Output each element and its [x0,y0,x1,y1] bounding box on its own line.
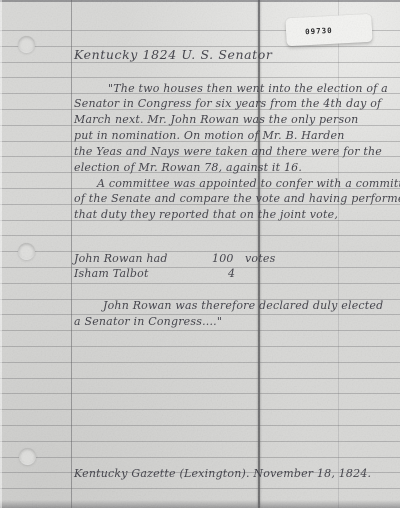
ruled-line [0,77,400,78]
paragraph2-line3: that duty they reported that on the join… [74,209,338,220]
source-citation: Kentucky Gazette (Lexington). November 1… [74,468,371,479]
ruled-line [0,488,400,489]
ruled-line [0,283,400,284]
punch-hole-bottom [19,448,36,465]
paragraph2-line2: of the Senate and compare the vote and h… [74,193,400,204]
ruled-line [0,393,400,394]
scan-bottom-edge [0,500,400,508]
document-title: Kentucky 1824 U. S. Senator [74,49,273,62]
tally-row1-votes: 100 [212,253,234,264]
paragraph2-line1: A committee was appointed to confer with… [97,178,400,189]
archive-label-number: 09730 [286,25,333,36]
ruled-line [0,457,400,458]
scan-top-edge [0,0,400,2]
punch-hole-top [18,36,35,53]
ruled-line [0,409,400,410]
paragraph3-line1: John Rowan was therefore declared duly e… [103,300,383,311]
paper-grain-texture [0,0,400,508]
tally-row1-unit: votes [245,253,275,264]
paragraph1-line4: put in nomination. On motion of Mr. B. H… [74,130,345,141]
ruled-line [0,235,400,236]
ruled-line [0,346,400,347]
tally-row1-name: John Rowan had [74,253,168,264]
scan-left-edge [0,0,2,508]
paragraph1-line2: Senator in Congress for six years from t… [74,98,381,109]
archive-label: 09730 [285,14,372,46]
ruled-line [0,441,400,442]
punch-hole-middle [18,243,35,260]
ruled-line [0,251,400,252]
paragraph1-line6: election of Mr. Rowan 78, against it 16. [74,162,302,173]
paragraph1-line1: "The two houses then went into the elect… [108,83,388,94]
ruled-line [0,330,400,331]
paragraph3-line2: a Senator in Congress...." [74,316,222,327]
tally-row2-votes: 4 [228,268,235,279]
tally-row2-name: Isham Talbot [74,268,149,279]
ruled-line [0,378,400,379]
paragraph1-line5: the Yeas and Nays were taken and there w… [74,146,382,157]
margin-line [71,0,72,508]
ruled-line [0,267,400,268]
ruled-line [0,425,400,426]
scanned-page: 09730 Kentucky 1824 U. S. Senator "The t… [0,0,400,508]
underlying-sheet-edge [338,0,339,508]
ruled-line [0,362,400,363]
paragraph1-line3: March next. Mr. John Rowan was the only … [74,114,358,125]
